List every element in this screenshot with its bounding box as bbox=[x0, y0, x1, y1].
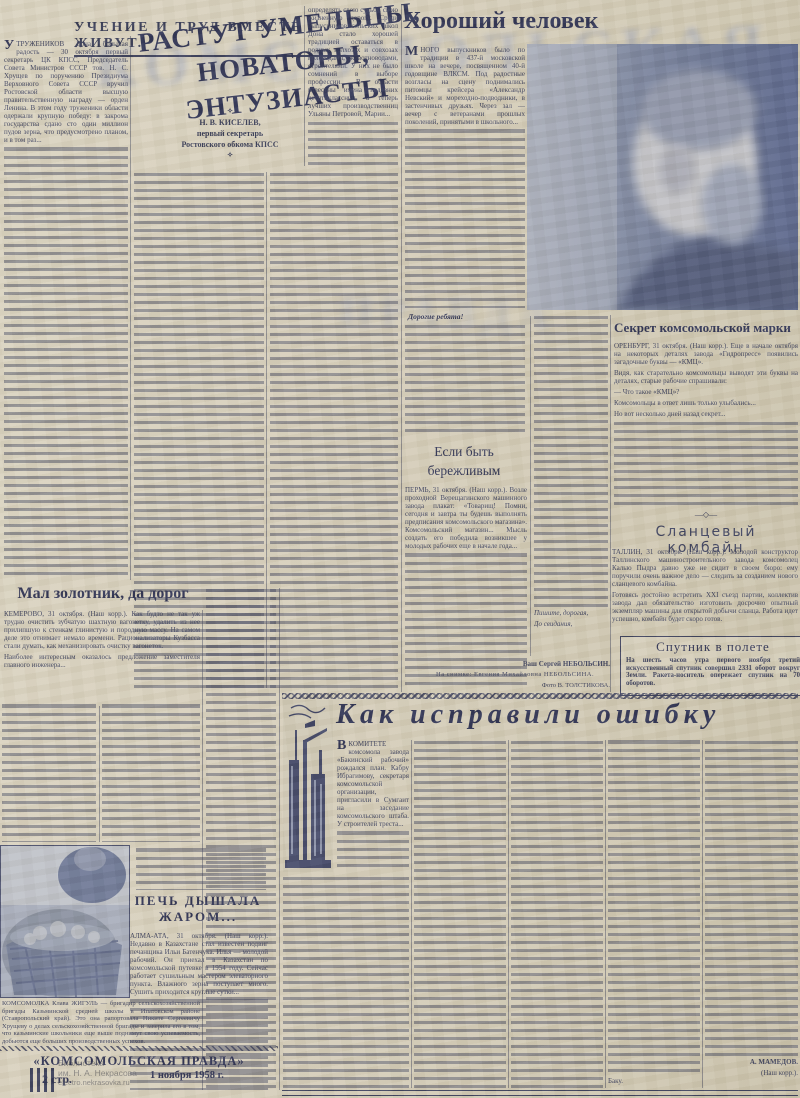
mark-secret-headline: Секрет комсомольской марки bbox=[614, 320, 798, 336]
furnace-lead: АЛМА-АТА, 31 октября. (Наш корр.). Недав… bbox=[130, 932, 268, 996]
drop-cap: В bbox=[337, 740, 348, 752]
column-rule bbox=[401, 4, 402, 692]
library-stamp: Библиотека им. Н. А. Некрасова electro.n… bbox=[58, 1058, 137, 1088]
column-rule bbox=[610, 315, 611, 692]
shale-para: Готовясь достойно встретить XXI съезд па… bbox=[612, 591, 798, 623]
byline-role: первый секретарь bbox=[150, 128, 310, 139]
column-rule bbox=[202, 610, 203, 1090]
greeked-text bbox=[405, 129, 525, 308]
greeked-text bbox=[614, 421, 798, 508]
ornament-rule bbox=[0, 1046, 278, 1051]
body-column: ОРЕНБУРГ, 31 октября. (Наш корр.). Еще в… bbox=[614, 342, 798, 508]
lead-intro: УТРУЖЕНИКОВ Дона большая радость — 30 ок… bbox=[4, 40, 128, 144]
mark-secret-para: Комсомольцы в ответ лишь только улыбалис… bbox=[614, 399, 798, 407]
body-column: А. МАМЕДОВ. (Наш корр.). bbox=[705, 740, 798, 1080]
body-column: МНОГО выпускников было по традиции в 437… bbox=[405, 46, 525, 308]
lead-continuation: определять свою судьбу, свою жизненную д… bbox=[308, 6, 398, 118]
body-column: УТРУЖЕНИКОВ Дона большая радость — 30 ок… bbox=[4, 40, 128, 580]
mark-secret-quote: — Что такое «КМЦ»? bbox=[614, 388, 798, 396]
column-rule bbox=[530, 316, 531, 656]
furnace-headline-line1: ПЕЧЬ ДЫШАЛА bbox=[128, 893, 268, 909]
section-divider: —◇— bbox=[614, 510, 798, 519]
greeked-text bbox=[337, 831, 409, 872]
body-column bbox=[2, 704, 96, 842]
mistake-opening: ВКОМИТЕТЕ комсомола завода «Бакинский ра… bbox=[337, 740, 409, 828]
newspaper-page: КОМСОМОЛЬСКАЯ ПРАВДА УЧЕНИЕ И ТРУД ВМЕСТ… bbox=[0, 0, 800, 1098]
body-column bbox=[414, 740, 506, 1088]
drop-cap: М bbox=[405, 46, 420, 58]
column-rule bbox=[304, 6, 305, 166]
mark-secret-para: Но вот несколько дней назад секрет... bbox=[614, 410, 798, 418]
ornament: ✧ bbox=[150, 106, 310, 117]
mistake-place: Баку. bbox=[608, 1077, 700, 1085]
furnace-headline: ПЕЧЬ ДЫШАЛА ЖАРОМ... bbox=[128, 893, 268, 925]
body-column: определять свою судьбу, свою жизненную д… bbox=[308, 6, 398, 166]
greeked-text bbox=[136, 848, 266, 890]
letter-salutation: Дорогие ребята! bbox=[408, 312, 463, 321]
lead-byline: ✧ Н. В. КИСЕЛЕВ, первый секретарь Ростов… bbox=[150, 106, 310, 161]
zolotnik-para: Наиболее интересным оказалось предложени… bbox=[4, 653, 200, 669]
ornament: ✧ bbox=[150, 150, 310, 161]
column-rule bbox=[605, 740, 606, 1088]
greeked-text bbox=[102, 704, 200, 842]
greeked-text bbox=[308, 121, 398, 166]
thrifty-headline-line1: Если быть bbox=[408, 442, 520, 461]
thrifty-headline-line2: бережливым bbox=[408, 461, 520, 480]
good-person-opening: МНОГО выпускников было по традиции в 437… bbox=[405, 46, 525, 126]
sputnik-text: На шесть часов утра первого ноября трети… bbox=[626, 657, 800, 687]
body-column bbox=[270, 172, 398, 688]
construction-illustration bbox=[283, 700, 333, 872]
letter-closing: Пишите, дорогая, bbox=[534, 609, 608, 617]
bottom-rule bbox=[282, 1090, 798, 1096]
byline-role: Ростовского обкома КПСС bbox=[150, 139, 310, 150]
body-column bbox=[405, 324, 525, 436]
sputnik-box: Спутник в полете На шесть часов утра пер… bbox=[620, 636, 800, 696]
sputnik-headline: Спутник в полете bbox=[626, 639, 800, 655]
greeked-text bbox=[4, 147, 128, 580]
greeked-text bbox=[283, 876, 409, 1088]
column-rule bbox=[99, 706, 100, 842]
column-rule bbox=[508, 740, 509, 1088]
body-column: ТАЛЛИН, 31 октября. (Наш корр.). Молодой… bbox=[612, 548, 798, 632]
body-column: ВКОМИТЕТЕ комсомола завода «Бакинский ра… bbox=[337, 740, 409, 872]
masthead: «КОМСОМОЛЬСКАЯ ПРАВДА» bbox=[6, 1054, 272, 1069]
body-column: Баку. bbox=[608, 740, 700, 1088]
greeked-text bbox=[534, 315, 608, 609]
mark-secret-lead: ОРЕНБУРГ, 31 октября. (Наш корр.). Еще в… bbox=[614, 342, 798, 366]
greeked-text bbox=[608, 740, 700, 1077]
body-column: КЕМЕРОВО, 31 октября. (Наш корр.). Как б… bbox=[4, 610, 200, 700]
greeked-text bbox=[705, 740, 798, 1058]
column-rule bbox=[411, 740, 412, 1088]
greeked-text bbox=[405, 324, 525, 436]
letter-closing: До свидания, bbox=[534, 620, 608, 628]
mark-secret-para: Видя, как старательно комсомольцы выводя… bbox=[614, 369, 798, 385]
greeked-text bbox=[2, 704, 96, 842]
body-column bbox=[511, 740, 603, 1088]
shale-lead: ТАЛЛИН, 31 октября. (Наш корр.). Молодой… bbox=[612, 548, 798, 588]
mistake-signature-role: (Наш корр.). bbox=[705, 1069, 798, 1077]
thrifty-lead: ПЕРМЬ, 31 октября. (Наш корр.). Возле пр… bbox=[405, 486, 527, 550]
thrifty-headline: Если быть бережливым bbox=[408, 442, 520, 480]
byline-name: Н. В. КИСЕЛЕВ, bbox=[150, 117, 310, 128]
greeked-text bbox=[511, 740, 603, 1088]
body-column bbox=[102, 704, 200, 842]
column-rule bbox=[266, 172, 267, 688]
zolotnik-headline: Мал золотник, да дорог bbox=[6, 585, 200, 603]
column-rule bbox=[130, 36, 131, 580]
mistake-headline: Как исправили ошибку bbox=[336, 699, 800, 731]
body-column: ПЕРМЬ, 31 октября. (Наш корр.). Возле пр… bbox=[405, 486, 527, 690]
greeked-text bbox=[405, 553, 527, 690]
library-stamp-line: electro.nekrasovka.ru bbox=[58, 1078, 137, 1088]
issue-date: 1 ноября 1958 г. bbox=[150, 1070, 224, 1081]
greeked-text bbox=[270, 172, 398, 688]
library-stamp-line: им. Н. А. Некрасова bbox=[58, 1068, 137, 1078]
greeked-text bbox=[414, 740, 506, 1088]
column-rule bbox=[279, 588, 280, 1090]
mistake-signature: А. МАМЕДОВ. bbox=[705, 1058, 798, 1066]
library-stamp-line: Библиотека bbox=[58, 1058, 137, 1068]
zolotnik-lead: КЕМЕРОВО, 31 октября. (Наш корр.). Как б… bbox=[4, 610, 200, 650]
portrait-photo bbox=[527, 44, 798, 310]
furnace-headline-line2: ЖАРОМ... bbox=[128, 909, 268, 925]
body-column bbox=[283, 876, 409, 1088]
harvest-photo bbox=[0, 845, 130, 998]
good-person-headline: Хороший человек bbox=[404, 8, 614, 35]
body-column: Пишите, дорогая, До свидания, bbox=[534, 315, 608, 631]
drop-cap: У bbox=[4, 40, 16, 52]
column-rule bbox=[702, 740, 703, 1088]
